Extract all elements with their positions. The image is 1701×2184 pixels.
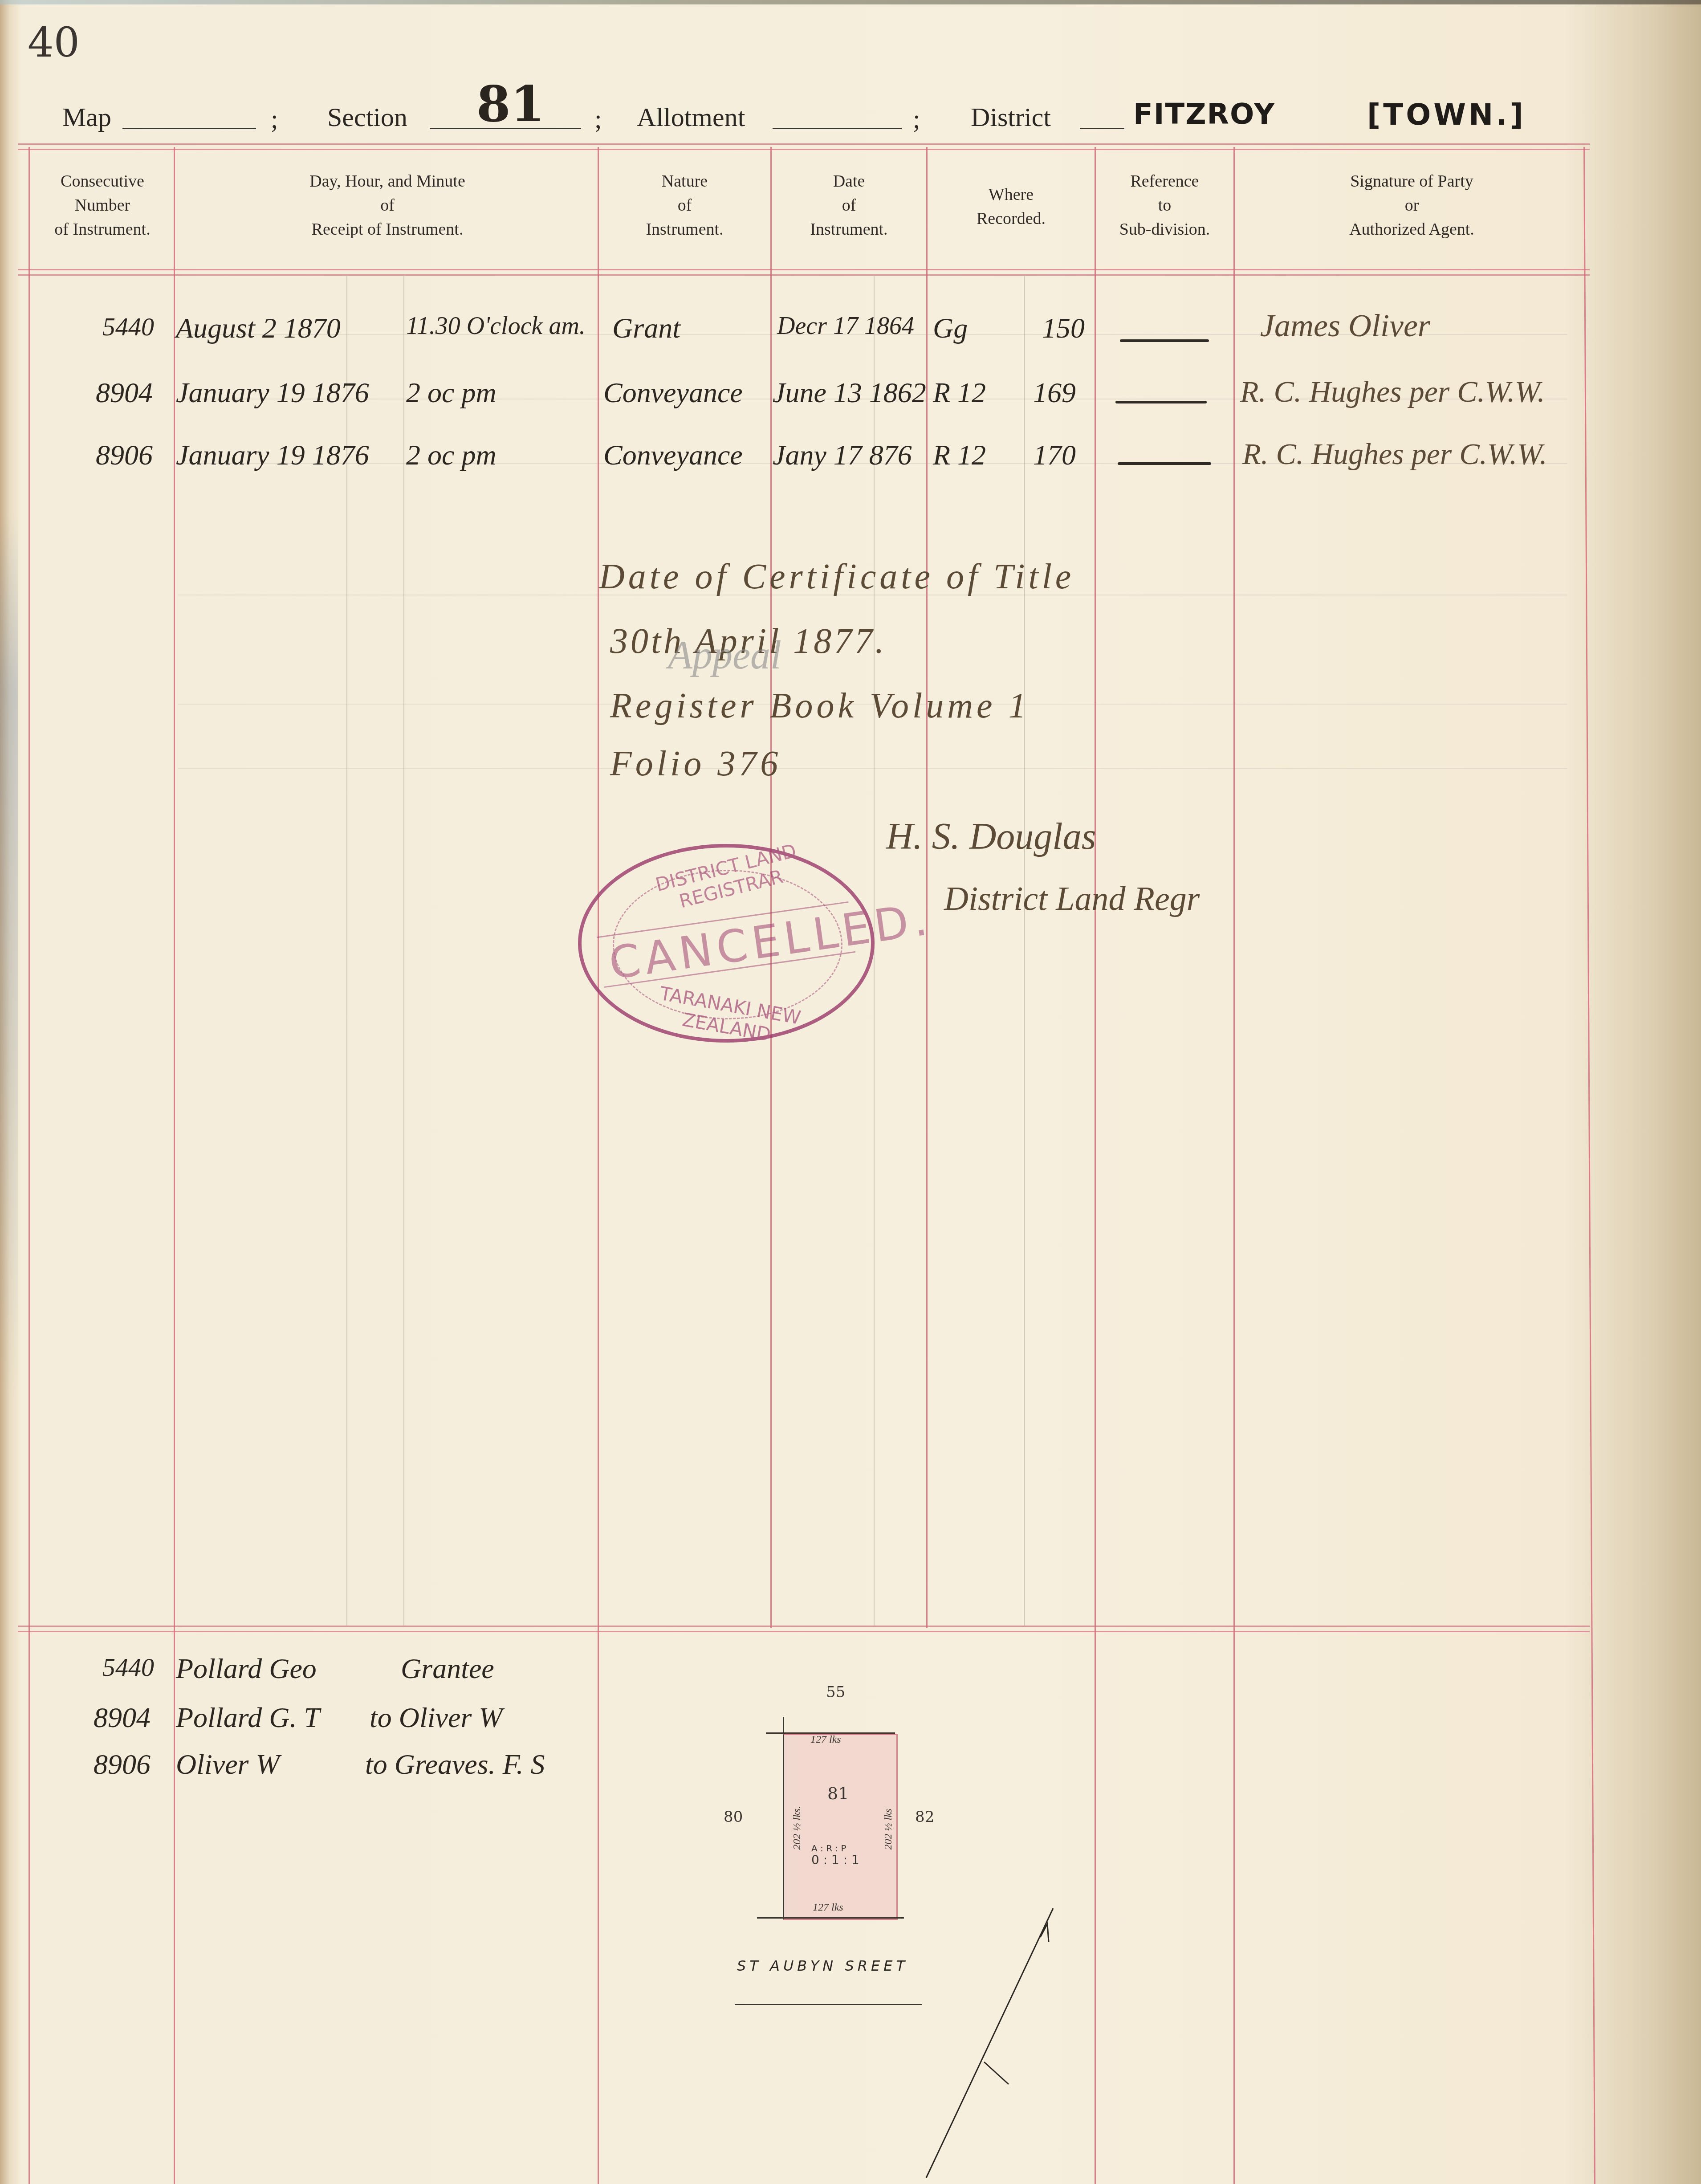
area-header: A : R : P: [811, 1843, 846, 1854]
nature: Conveyance: [603, 439, 743, 472]
summary-number: 8904: [94, 1701, 151, 1734]
plan-boundary: [783, 1717, 784, 1735]
separator: ;: [271, 104, 278, 134]
receipt-date: January 19 1876: [176, 439, 369, 472]
receipt-date: August 2 1870: [176, 312, 341, 345]
where-book: R 12: [933, 439, 986, 472]
section-label: Section: [327, 102, 407, 133]
summary-number: 5440: [102, 1652, 154, 1682]
receipt-date: January 19 1876: [176, 376, 369, 409]
where-folio: 169: [1033, 376, 1076, 409]
nature: Grant: [612, 312, 680, 345]
instrument-date: Jany 17 876: [773, 439, 912, 472]
street-name: ST AUBYN SREET: [737, 1957, 908, 1974]
right-dimension: 202 ½ lks: [883, 1770, 895, 1850]
column-header-reference: Reference to Sub-division.: [1096, 169, 1233, 241]
town-value: [TOWN.]: [1367, 98, 1526, 132]
summary-rule: [18, 1626, 1590, 1627]
district-label: District: [971, 102, 1051, 133]
summary-rule: [18, 1631, 1590, 1632]
street-line: [735, 2004, 922, 2005]
district-value: FITZROY: [1133, 98, 1275, 131]
bottom-dimension: 127 lks: [813, 1902, 843, 1914]
where-folio: 170: [1033, 439, 1076, 472]
column-rule: [926, 147, 928, 1628]
column-header-where: Where Recorded.: [928, 183, 1095, 231]
subcolumn-rule: [346, 276, 347, 1626]
column-rule: [1233, 147, 1235, 2184]
east-neighbor-label: 82: [915, 1808, 934, 1826]
district-field: [1080, 123, 1124, 129]
street-frontage: [757, 1917, 904, 1919]
reference-dash: [1120, 339, 1209, 342]
signature: R. C. Hughes per C.W.W.: [1242, 436, 1547, 472]
certificate-line-1: Date of Certificate of Title: [599, 557, 1074, 597]
signature: James Oliver: [1260, 307, 1430, 344]
where-book: R 12: [933, 376, 986, 409]
header-bottom-rule: [18, 269, 1590, 270]
where-book: Gg: [933, 312, 968, 345]
cancelled-stamp: DISTRICT LAND REGISTRAR CANCELLED. TARAN…: [578, 844, 875, 1043]
header-top-rule: [18, 149, 1590, 150]
receipt-time: 2 oc pm: [406, 439, 496, 472]
allotment-label: Allotment: [637, 102, 745, 133]
subcolumn-rule: [1024, 276, 1025, 1626]
summary-to: to Oliver W: [370, 1701, 503, 1734]
instrument-date: Decr 17 1864: [777, 312, 914, 340]
margin-rule: [1583, 147, 1595, 2184]
where-folio: 150: [1042, 312, 1085, 345]
summary-to: to Greaves. F. S: [365, 1748, 545, 1781]
separator: ;: [594, 104, 602, 134]
top-dimension: 127 lks: [810, 1734, 841, 1746]
guide-line: [178, 768, 1567, 769]
north-neighbor-label: 55: [826, 1683, 845, 1701]
receipt-time: 11.30 O'clock am.: [406, 312, 586, 340]
column-header-signature: Signature of Party or Authorized Agent.: [1235, 169, 1589, 241]
header-bottom-rule: [18, 274, 1590, 276]
summary-from: Pollard G. T: [176, 1701, 320, 1734]
registrar-signature: H. S. Douglas: [886, 815, 1096, 858]
map-field: [122, 123, 256, 129]
column-header-number: Consecutive Number of Instrument.: [31, 169, 174, 241]
separator: ;: [913, 104, 920, 134]
column-rule: [598, 147, 599, 2184]
reference-dash: [1115, 401, 1207, 403]
page-number: 40: [28, 19, 80, 66]
column-rule: [1095, 147, 1096, 2184]
register-page: 40 Map ; Section 81 ; Allotment ; Distri…: [0, 0, 1701, 2184]
lot-number: 81: [827, 1784, 849, 1803]
nature: Conveyance: [603, 376, 743, 409]
summary-from: Oliver W: [176, 1748, 280, 1781]
signature: R. C. Hughes per C.W.W.: [1240, 374, 1545, 409]
summary-to: Grantee: [401, 1652, 494, 1685]
column-rule: [28, 147, 30, 2184]
column-header-date: Date of Instrument.: [772, 169, 926, 241]
west-neighbor-label: 80: [724, 1808, 743, 1826]
section-value: 81: [476, 75, 545, 133]
column-header-receipt: Day, Hour, and Minute of Receipt of Inst…: [176, 169, 599, 241]
column-header-nature: Nature of Instrument.: [599, 169, 770, 241]
book-edge: [0, 0, 1701, 4]
summary-number: 8906: [94, 1748, 151, 1781]
entry-number: 8904: [96, 376, 153, 409]
allotment-field: [773, 123, 902, 129]
pencil-annotation: Appeal: [668, 632, 781, 678]
subcolumn-rule: [403, 276, 404, 1626]
summary-from: Pollard Geo: [176, 1652, 317, 1685]
registrar-title: District Land Regr: [944, 880, 1200, 918]
header-top-rule: [18, 143, 1590, 145]
column-rule: [174, 147, 175, 2184]
certificate-line-3: Register Book Volume 1: [610, 686, 1030, 726]
area-value: 0 : 1 : 1: [811, 1853, 859, 1867]
receipt-time: 2 oc pm: [406, 376, 496, 409]
map-label: Map: [62, 102, 111, 133]
instrument-date: June 13 1862: [773, 376, 926, 409]
certificate-line-4: Folio 376: [610, 744, 781, 784]
page-stain: [0, 512, 18, 1403]
entry-number: 5440: [102, 312, 154, 342]
entry-number: 8906: [96, 439, 153, 472]
left-dimension: 202 ½ lks.: [791, 1770, 803, 1850]
title-line: Map ; Section 81 ; Allotment ; District …: [0, 89, 1701, 143]
reference-dash: [1118, 462, 1211, 465]
north-arrow-icon: [922, 1906, 1055, 2182]
